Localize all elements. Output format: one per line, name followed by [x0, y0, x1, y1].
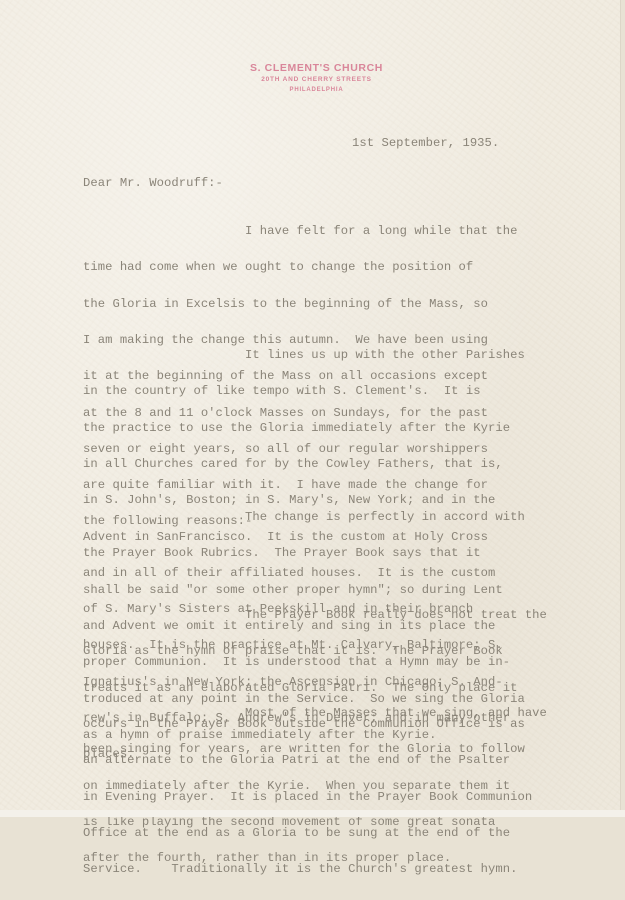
letterhead-address: 20TH AND CHERRY STREETS: [4, 76, 625, 83]
letter-page: S. CLEMENT'S CHURCH 20TH AND CHERRY STRE…: [0, 0, 621, 812]
text-line: on immediately after the Kyrie. When you…: [83, 780, 547, 792]
letter-date: 1st September, 1935.: [352, 137, 499, 149]
text-line: It lines us up with the other Parishes: [83, 349, 525, 361]
text-line: Most of the Masses that we sing, and hav…: [83, 707, 547, 719]
letter-salutation: Dear Mr. Woodruff:-: [83, 177, 223, 189]
text-line: time had come when we ought to change th…: [83, 261, 517, 273]
text-line: the Prayer Book Rubrics. The Prayer Book…: [83, 547, 525, 559]
text-line: the Gloria in Excelsis to the beginning …: [83, 298, 517, 310]
paragraph-5: Most of the Masses that we sing, and hav…: [83, 683, 547, 817]
text-line: in all Churches cared for by the Cowley …: [83, 458, 525, 470]
letterhead-city: PHILADELPHIA: [4, 87, 625, 93]
page-edge: [0, 810, 625, 817]
letterhead-church-name: S. CLEMENT'S CHURCH: [4, 62, 625, 74]
text-line: I have felt for a long while that the: [83, 225, 517, 237]
text-line: in the country of like tempo with S. Cle…: [83, 385, 525, 397]
text-line: The Prayer Book really does not treat th…: [83, 609, 547, 621]
text-line: Gloria as the hymn of praise that it is.…: [83, 645, 547, 657]
text-line: the practice to use the Gloria immediate…: [83, 422, 525, 434]
text-line: been singing for years, are written for …: [83, 743, 547, 755]
text-line: The change is perfectly in accord with: [83, 511, 525, 523]
